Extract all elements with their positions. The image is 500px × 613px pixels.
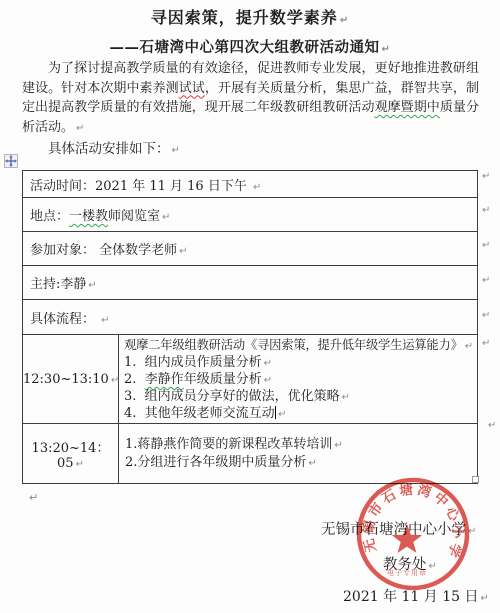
paragraph-mark: ↵ — [179, 246, 187, 257]
signature-school[interactable]: 无锡市石塘湾中心小学↵ — [321, 518, 476, 539]
table-row-session-1: 12:30~13:10↵ 观摩二年级组教研活动《寻因索策，提升低年级学生运算能力… — [23, 335, 478, 424]
session-2-detail-cell[interactable]: 1.蒋静燕作简要的新课程改革转培训↵ 2.分组进行各年级期中质量分析↵ — [119, 424, 478, 484]
row-end-mark: ↵ — [482, 171, 490, 182]
session-2-time-cell[interactable]: 13:20~14： 05↵ — [23, 424, 119, 484]
table-row-time: 活动时间：2021 年 11 月 16 日下午 ↵ — [23, 171, 478, 198]
text-cursor — [275, 406, 277, 419]
doc-subtitle-text: ——石塘湾中心第四次大组教研活动通知 — [110, 39, 380, 56]
grammar-underline: 一楼教 — [69, 209, 108, 224]
activity-time-text: 活动时间：2021 年 11 月 16 日下午 — [30, 179, 251, 194]
doc-title-text: 寻因索策，提升数学素养 — [151, 8, 338, 27]
table-move-handle-icon[interactable] — [4, 153, 18, 167]
list-item: 4. 其他年级老师交流互动↵ — [124, 406, 476, 423]
paragraph-mark: ↵ — [111, 375, 119, 386]
paragraph-mark: ↵ — [429, 561, 437, 572]
host-row-cell[interactable]: 主持:李静↵ — [23, 266, 478, 300]
list-item: 1.蒋静燕作简要的新课程改革转培训↵ — [125, 436, 475, 454]
signature-date[interactable]: 2021 年 11 月 15 日↵ — [343, 586, 489, 606]
flow-text: 具体流程： — [30, 312, 99, 327]
table-row-session-2: 13:20~14： 05↵ 1.蒋静燕作简要的新课程改革转培训↵ 2.分组进行各… — [23, 424, 478, 484]
attendees-row-cell[interactable]: 参加对象： 全体数学老师↵ — [23, 232, 478, 266]
table-row-flow: 具体流程： ↵ — [23, 300, 478, 335]
time-row-cell[interactable]: 活动时间：2021 年 11 月 16 日下午 ↵ — [23, 171, 478, 198]
word-document-page: 寻因索策，提升数学素养↵ ——石塘湾中心第四次大组教研活动通知↵ 为了探讨提高教… — [0, 0, 500, 613]
row-end-mark: ↵ — [482, 310, 490, 321]
row-end-mark: ↵ — [482, 205, 490, 216]
activity-table: 活动时间：2021 年 11 月 16 日下午 ↵ 地点：一楼教师阅览室↵ 参加… — [22, 170, 478, 484]
location-row-cell[interactable]: 地点：一楼教师阅览室↵ — [23, 198, 478, 232]
schedule-intro[interactable]: 具体活动安排如下：↵ — [22, 137, 479, 157]
session-1-time: 12:30~13:10 — [23, 372, 109, 387]
grammar-underline: 李静作 — [145, 372, 184, 387]
paragraph-mark: ↵ — [76, 123, 84, 134]
table-row-location: 地点：一楼教师阅览室↵ — [23, 198, 478, 232]
spellcheck-underline: 试试 — [179, 81, 205, 96]
paragraph-mark: ↵ — [162, 212, 170, 223]
session-1-heading: 观摩二年级组教研活动《寻因索策，提升低年级学生运算能力》↵ — [124, 337, 476, 355]
paragraph-mark: ↵ — [101, 315, 109, 326]
table-row-attendees: 参加对象： 全体数学老师↵ — [23, 232, 478, 266]
paragraph-mark: ↵ — [382, 44, 391, 55]
row-end-mark: ↵ — [482, 240, 490, 251]
table-row-host: 主持:李静↵ — [23, 266, 478, 300]
session-2-time: 13:20~14： 05 — [32, 441, 110, 471]
row-end-mark: ↵ — [482, 275, 490, 286]
location-text: 师阅览室 — [108, 209, 160, 224]
row-end-mark: ↵ — [488, 420, 496, 431]
schedule-intro-text: 具体活动安排如下： — [48, 141, 170, 157]
paragraph-mark: ↵ — [253, 182, 261, 193]
grammar-underline: 观摩暨期中 — [375, 100, 440, 115]
list-item: 3. 组内成员分享好的做法，优化策略↵ — [124, 389, 476, 406]
paragraph-mark: ↵ — [172, 145, 180, 156]
location-text: 地点： — [30, 209, 69, 224]
table-resize-handle[interactable] — [472, 476, 479, 483]
list-item: 2.分组进行各年级期中质量分析↵ — [125, 454, 475, 472]
flow-row-cell[interactable]: 具体流程： ↵ — [23, 300, 478, 335]
paragraph-mark: ↵ — [481, 593, 489, 604]
paragraph-mark: ↵ — [340, 15, 349, 26]
session-1-detail-cell[interactable]: 观摩二年级组教研活动《寻因索策，提升低年级学生运算能力》↵ 1. 组内成员作质量… — [119, 335, 478, 424]
attendees-text: 参加对象： 全体数学老师 — [30, 243, 177, 258]
session-1-time-cell[interactable]: 12:30~13:10↵ — [23, 335, 119, 424]
paragraph-mark: ↵ — [76, 459, 84, 470]
body-paragraph[interactable]: 为了探讨提高教学质量的有效途径，促进教师专业发展，更好地推进教研组建设。针对本次… — [22, 59, 479, 138]
doc-title[interactable]: 寻因索策，提升数学素养↵ — [0, 5, 500, 28]
paragraph-mark: ↵ — [468, 526, 476, 537]
list-item: 2. 李静作年级质量分析↵ — [124, 372, 476, 389]
doc-subtitle[interactable]: ——石塘湾中心第四次大组教研活动通知↵ — [0, 36, 500, 57]
host-text: 主持:李静 — [30, 277, 86, 292]
paragraph-mark: ↵ — [29, 491, 38, 504]
signature-office[interactable]: 教务处↵ — [383, 553, 437, 574]
list-item: 1. 组内成员作质量分析↵ — [124, 355, 476, 372]
row-end-mark: ↵ — [482, 338, 490, 349]
paragraph-mark: ↵ — [88, 280, 96, 291]
